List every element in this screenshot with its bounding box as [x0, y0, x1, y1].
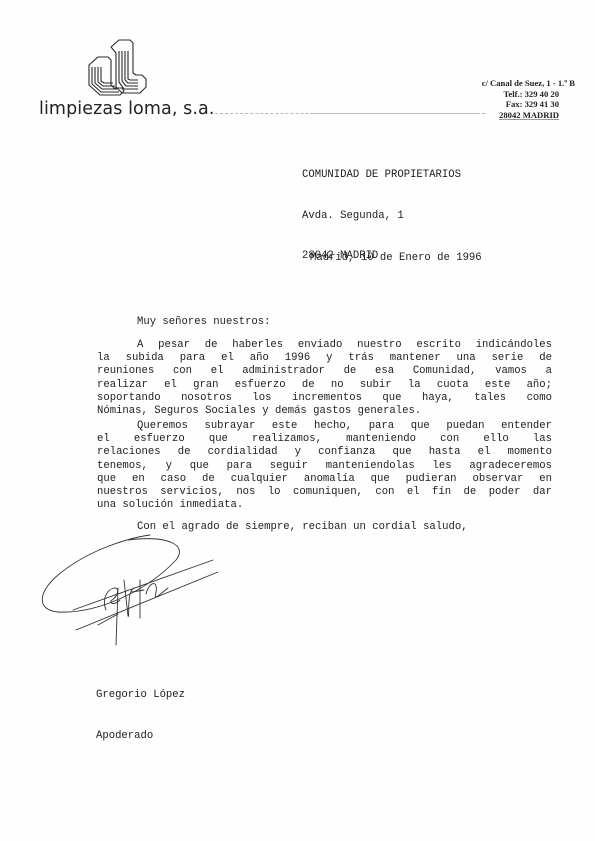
letter-page: limpiezas loma, s.a. c/ Canal de Suez, 1… — [0, 0, 595, 841]
letter-date: Madrid, 10 de Enero de 1996 — [310, 252, 482, 264]
paragraph-line: que en caso de cualquier anomalía que pu… — [97, 473, 552, 486]
paragraph-line: Queremos subrayar este hecho, para que p… — [97, 420, 552, 433]
company-phone: Telf.: 329 40 20 — [482, 89, 559, 100]
company-fax: Fax: 329 41 30 — [482, 99, 559, 110]
company-street: c/ Canal de Suez, 1 - 1.º B — [482, 78, 575, 89]
handwritten-signature-icon — [28, 530, 228, 660]
body-paragraph-1: A pesar de haberles enviado nuestro escr… — [97, 339, 552, 418]
recipient-name: COMUNIDAD DE PROPIETARIOS — [302, 169, 461, 183]
signer-block: Gregorio López Apoderado — [96, 662, 185, 770]
signer-name: Gregorio López — [96, 689, 185, 703]
salutation: Muy señores nuestros: — [137, 316, 271, 328]
recipient-street: Avda. Segunda, 1 — [302, 210, 461, 224]
letterhead-divider-solid — [310, 113, 480, 114]
paragraph-line: la subida para el año 1996 y trás manten… — [97, 352, 552, 365]
company-postal-city: 28042 MADRID — [482, 110, 559, 121]
signer-title: Apoderado — [96, 730, 185, 744]
paragraph-line: soportando nosotros los incrementos que … — [97, 392, 552, 405]
paragraph-line: realizar el gran esfuerzo de no subir la… — [97, 379, 552, 392]
company-address: c/ Canal de Suez, 1 - 1.º B Telf.: 329 4… — [482, 78, 575, 120]
paragraph-line: relaciones de cordialidad y confianza qu… — [97, 446, 552, 459]
ll-monogram-logo-icon — [86, 37, 148, 97]
recipient-address: COMUNIDAD DE PROPIETARIOS Avda. Segunda,… — [302, 142, 461, 291]
paragraph-line: reuniones con el administrador de esa Co… — [97, 365, 552, 378]
paragraph-line: una solución inmediata. — [97, 499, 552, 512]
paragraph-line: tenemos, y que para seguir manteniendola… — [97, 460, 552, 473]
company-name: limpiezas loma, s.a. — [39, 99, 215, 119]
paragraph-line: A pesar de haberles enviado nuestro escr… — [97, 339, 552, 352]
paragraph-line: el esfuerzo que realizamos, manteniendo … — [97, 433, 552, 446]
body-paragraph-2: Queremos subrayar este hecho, para que p… — [97, 420, 552, 512]
paragraph-line: nuestros servicios, nos lo comuniquen, c… — [97, 486, 552, 499]
paragraph-line: Nóminas, Seguros Sociales y demás gastos… — [97, 405, 552, 418]
